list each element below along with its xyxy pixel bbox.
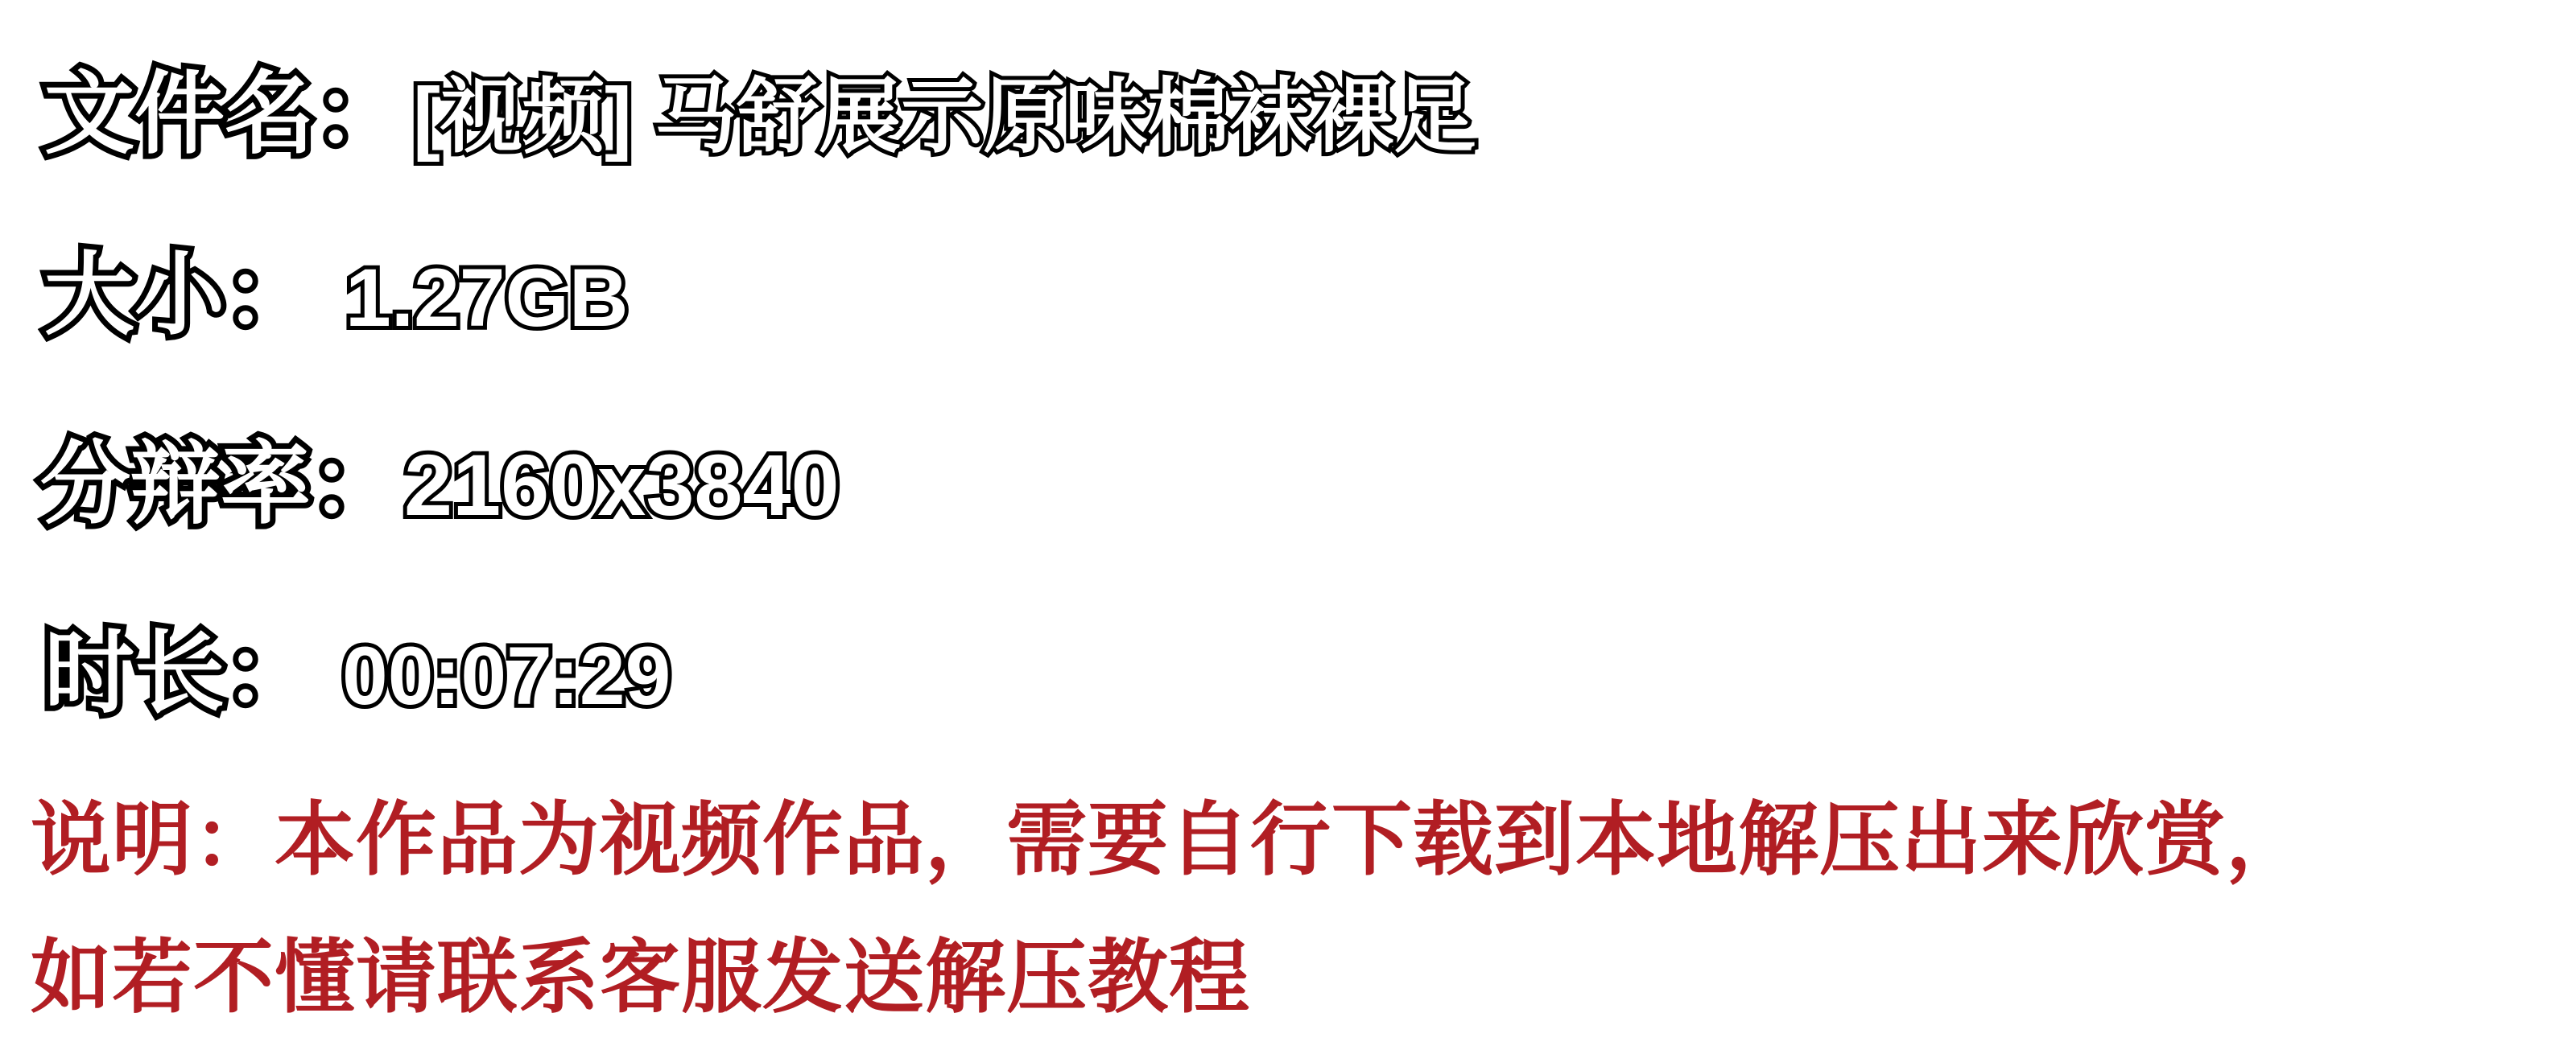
- file-info-card: 文件名：[视频] 马舒展示原味棉袜裸足 大小：1.27GB 分辩率：2160x3…: [0, 0, 2576, 1046]
- filename-label: 文件名：: [44, 69, 405, 159]
- duration-label: 时长：: [44, 628, 315, 719]
- resolution-value: 2160x3840: [404, 442, 840, 529]
- filename-value: [视频] 马舒展示原味棉袜裸足: [413, 76, 1476, 158]
- duration-row: 时长：00:07:29: [44, 628, 671, 719]
- resolution-label: 分辩率：: [40, 439, 401, 529]
- duration-value: 00:07:29: [342, 635, 671, 717]
- filesize-label: 大小：: [44, 250, 315, 340]
- resolution-row: 分辩率：2160x3840: [40, 439, 840, 529]
- note-line-1: 说明：本作品为视频作品，需要自行下载到本地解压出来欣赏，: [31, 800, 2307, 880]
- filename-row: 文件名：[视频] 马舒展示原味棉袜裸足: [44, 69, 1476, 159]
- filesize-value: 1.27GB: [345, 257, 629, 339]
- filesize-row: 大小：1.27GB: [44, 250, 629, 340]
- note-line-2: 如若不懂请联系客服发送解压教程: [31, 937, 1250, 1018]
